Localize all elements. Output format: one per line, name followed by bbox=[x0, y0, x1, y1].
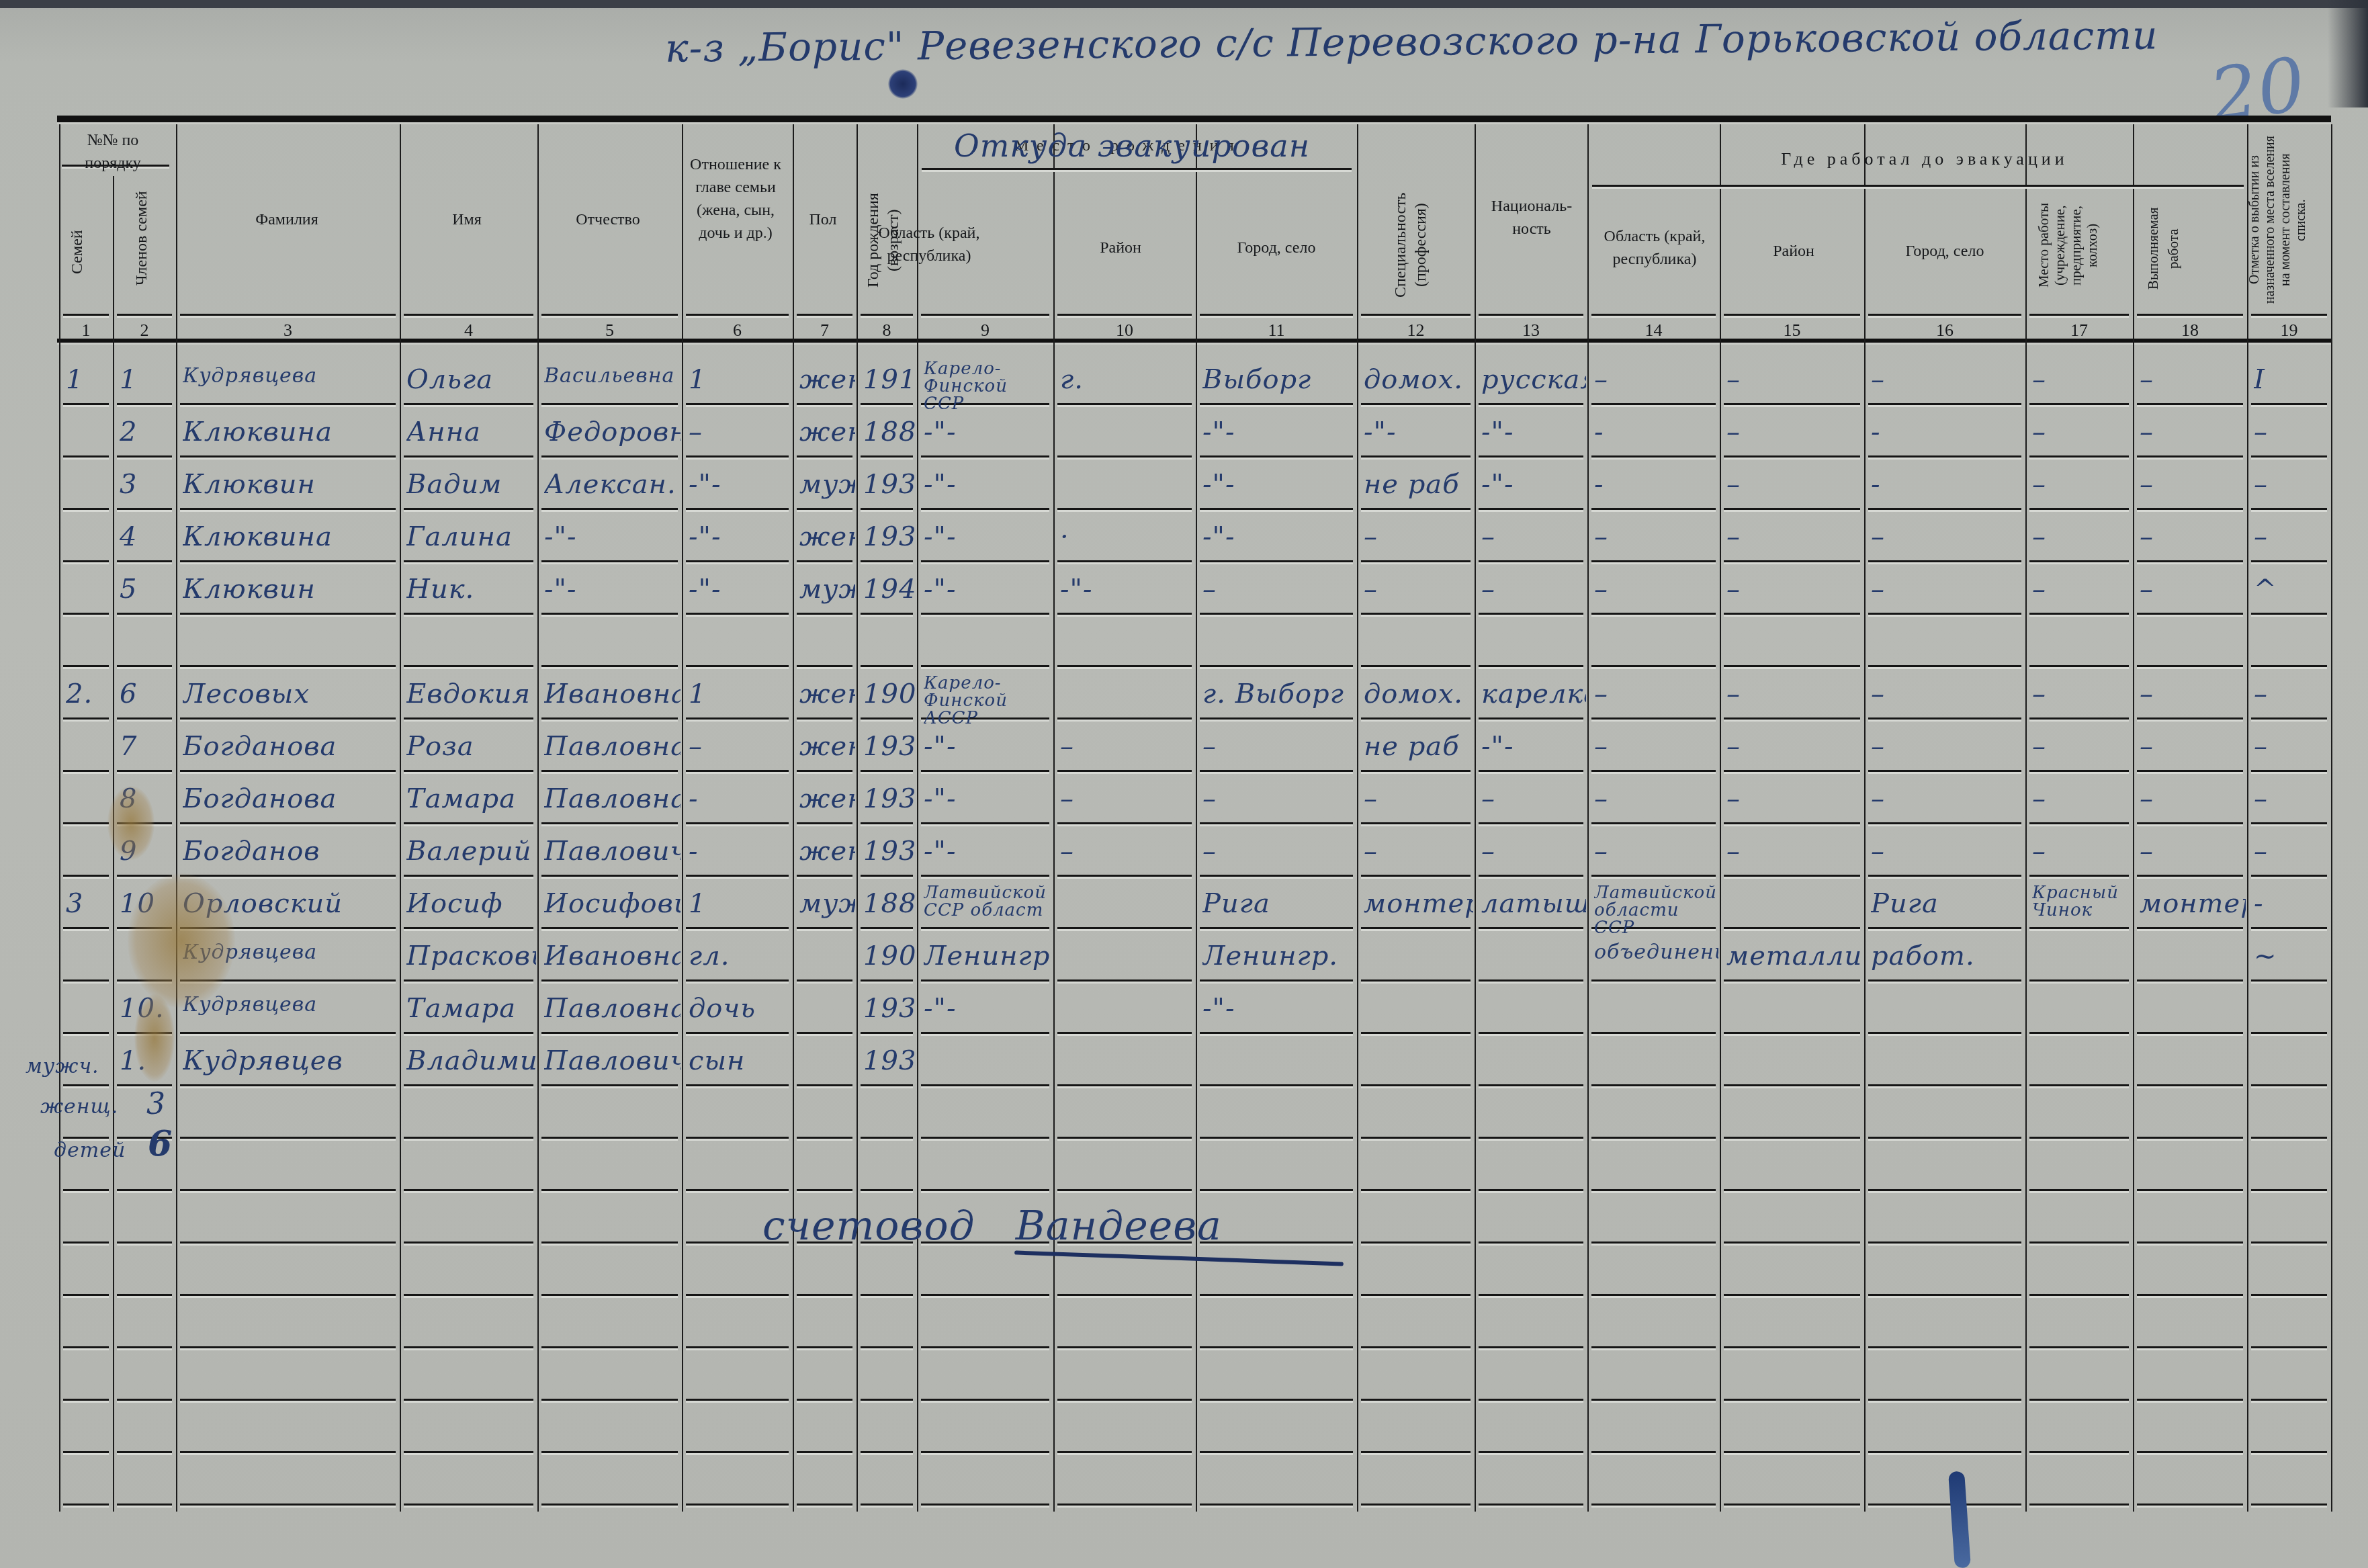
row-rule bbox=[1724, 1504, 1860, 1506]
header-patronymic: Отчество bbox=[537, 208, 678, 231]
cell-work-city: - bbox=[1871, 417, 1881, 447]
cell-patronymic: Павловна bbox=[544, 993, 681, 1024]
cell-surname: Клюквин bbox=[183, 469, 316, 500]
cell-patronymic: Васильевна bbox=[544, 364, 674, 388]
row-rule bbox=[541, 1032, 678, 1034]
cell-from-city: -"- bbox=[1202, 521, 1235, 552]
row-rule bbox=[1361, 560, 1471, 562]
row-rule bbox=[1591, 770, 1716, 772]
cell-patronymic: -"- bbox=[544, 521, 576, 552]
cell-surname: Клюквина bbox=[183, 417, 333, 447]
row-rule bbox=[686, 560, 789, 562]
row-rule bbox=[1479, 1451, 1583, 1453]
row-rule bbox=[921, 875, 1049, 877]
row-rule bbox=[1591, 1504, 1716, 1506]
cell-name: Ольга bbox=[406, 364, 493, 395]
cell-sex: жен. bbox=[799, 731, 855, 762]
column-number: 15 bbox=[1720, 320, 1864, 341]
header-subrule bbox=[180, 314, 396, 316]
row-rule bbox=[686, 927, 789, 929]
row-rule bbox=[1591, 613, 1716, 615]
row-rule bbox=[1724, 822, 1860, 824]
cell-from-region: Карело-Финской АССР bbox=[924, 674, 1052, 727]
row-rule bbox=[180, 1504, 396, 1506]
cell-work-job: – bbox=[2140, 469, 2154, 500]
row-rule bbox=[2029, 1294, 2129, 1296]
header-workplace: Место работы (учреждение, предприятие, к… bbox=[2035, 185, 2103, 306]
column-number: 5 bbox=[537, 320, 682, 341]
row-rule bbox=[2137, 508, 2243, 510]
row-rule bbox=[404, 1294, 533, 1296]
ink-stroke bbox=[1948, 1471, 1971, 1568]
row-rule bbox=[1868, 1504, 2021, 1506]
row-rule bbox=[1868, 1346, 2021, 1348]
cell-from-city: – bbox=[1202, 574, 1217, 605]
row-rule bbox=[686, 1137, 789, 1139]
cell-name: Тамара bbox=[406, 783, 516, 814]
row-rule bbox=[686, 508, 789, 510]
row-rule bbox=[404, 665, 533, 667]
row-rule bbox=[686, 1189, 789, 1191]
row-rule bbox=[1361, 770, 1471, 772]
cell-from-region: -"- bbox=[924, 417, 956, 447]
row-rule bbox=[2251, 1399, 2327, 1401]
cell-relation: -"- bbox=[689, 469, 721, 500]
margin-count-female: 3 bbox=[146, 1087, 166, 1121]
row-rule bbox=[63, 1189, 109, 1191]
cell-relation: дочь bbox=[689, 993, 756, 1024]
row-rule bbox=[63, 1504, 109, 1506]
row-rule bbox=[1200, 927, 1353, 929]
column-number: 12 bbox=[1357, 320, 1475, 341]
row-rule bbox=[1591, 1451, 1716, 1453]
cell-profession: – bbox=[1364, 521, 1378, 552]
row-rule bbox=[1200, 1032, 1353, 1034]
row-rule bbox=[1724, 717, 1860, 720]
row-rule bbox=[2251, 613, 2327, 615]
header-subrule bbox=[1591, 314, 1716, 316]
cell-work-city: – bbox=[1871, 679, 1885, 709]
cell-work-region: – bbox=[1594, 679, 1608, 709]
row-rule bbox=[2137, 875, 2243, 877]
row-rule bbox=[117, 508, 172, 510]
column-number: 6 bbox=[682, 320, 793, 341]
signature-label: счетовод bbox=[762, 1203, 975, 1250]
row-rule bbox=[1868, 717, 2021, 720]
cell-work-city: Рига bbox=[1871, 888, 1939, 919]
row-rule bbox=[404, 508, 533, 510]
row-rule bbox=[117, 1504, 172, 1506]
row-rule bbox=[1479, 455, 1583, 458]
row-rule bbox=[921, 665, 1049, 667]
cell-profession: не раб bbox=[1364, 731, 1460, 762]
row-rule bbox=[180, 1084, 396, 1086]
row-rule bbox=[861, 613, 913, 615]
row-rule bbox=[180, 403, 396, 405]
row-rule bbox=[1361, 927, 1471, 929]
row-rule bbox=[686, 1504, 789, 1506]
row-rule bbox=[2251, 1242, 2327, 1244]
margin-note-female: женщ. bbox=[40, 1095, 118, 1119]
row-rule bbox=[1200, 979, 1353, 982]
row-rule bbox=[1591, 822, 1716, 824]
row-rule bbox=[63, 1084, 109, 1086]
cell-name: Роза bbox=[406, 731, 474, 762]
row-rule bbox=[2251, 1032, 2327, 1034]
header-subrule bbox=[1057, 314, 1192, 316]
row-rule bbox=[404, 1504, 533, 1506]
header-departure-note: Отметка о выбытии из назначенного места … bbox=[2247, 131, 2328, 309]
header-subrule bbox=[921, 314, 1049, 316]
row-rule bbox=[2251, 1504, 2327, 1506]
row-rule bbox=[404, 1399, 533, 1401]
row-rule bbox=[117, 1189, 172, 1191]
header-nationality: Националь-ность bbox=[1475, 195, 1589, 241]
row-rule bbox=[180, 1137, 396, 1139]
row-rule bbox=[2029, 979, 2129, 982]
row-rule bbox=[63, 717, 109, 720]
cell-patronymic: Ивановна bbox=[544, 941, 681, 971]
row-rule bbox=[921, 1189, 1049, 1191]
cell-member: 2 bbox=[120, 417, 137, 447]
cell-year: 1913 bbox=[863, 364, 916, 395]
row-rule bbox=[404, 1032, 533, 1034]
header-subrule bbox=[404, 314, 533, 316]
row-rule bbox=[2029, 508, 2129, 510]
stain bbox=[134, 994, 175, 1082]
cell-nationality: – bbox=[1481, 836, 1495, 867]
row-rule bbox=[921, 770, 1049, 772]
row-rule bbox=[686, 455, 789, 458]
row-rule bbox=[1868, 560, 2021, 562]
row-rule bbox=[541, 717, 678, 720]
cell-from-city: г. Выборг bbox=[1202, 679, 1344, 709]
row-rule bbox=[1479, 1084, 1583, 1086]
row-rule bbox=[541, 875, 678, 877]
cell-relation: – bbox=[689, 417, 703, 447]
row-rule bbox=[1479, 613, 1583, 615]
cell-from-city: Ленингр. bbox=[1202, 941, 1338, 971]
paper-corner-shadow bbox=[2328, 0, 2368, 107]
cell-nationality: -"- bbox=[1481, 417, 1514, 447]
row-rule bbox=[180, 1242, 396, 1244]
cell-year: 1937 bbox=[863, 1045, 916, 1076]
cell-work-job: – bbox=[2140, 731, 2154, 762]
cell-sex: жен bbox=[799, 679, 855, 709]
cell-sex: жен bbox=[799, 417, 855, 447]
row-rule bbox=[1361, 875, 1471, 877]
row-rule bbox=[2137, 770, 2243, 772]
cell-name: Ник. bbox=[406, 574, 474, 605]
stain bbox=[128, 873, 235, 1008]
row-rule bbox=[2029, 1137, 2129, 1139]
row-rule bbox=[1479, 717, 1583, 720]
row-rule bbox=[1724, 770, 1860, 772]
cell-patronymic: Павлович bbox=[544, 1045, 681, 1076]
row-rule bbox=[1868, 822, 2021, 824]
row-rule bbox=[1724, 1451, 1860, 1453]
row-rule bbox=[1724, 875, 1860, 877]
row-rule bbox=[861, 1294, 913, 1296]
row-rule bbox=[1591, 1399, 1716, 1401]
row-rule bbox=[2137, 1504, 2243, 1506]
row-rule bbox=[180, 508, 396, 510]
row-rule bbox=[180, 665, 396, 667]
row-rule bbox=[180, 875, 396, 877]
row-rule bbox=[686, 875, 789, 877]
row-rule bbox=[2029, 717, 2129, 720]
column-number: 16 bbox=[1864, 320, 2025, 341]
row-rule bbox=[2137, 822, 2243, 824]
cell-from-district: г. bbox=[1060, 364, 1084, 395]
header-evacuated-from-handwritten: Откуда эвакуирован bbox=[954, 128, 1310, 164]
row-rule bbox=[2251, 770, 2327, 772]
row-rule bbox=[797, 403, 852, 405]
row-rule bbox=[2029, 875, 2129, 877]
header-birth-city: Город, село bbox=[1196, 236, 1357, 259]
row-rule bbox=[1724, 979, 1860, 982]
row-rule bbox=[1591, 1346, 1716, 1348]
row-rule bbox=[117, 1399, 172, 1401]
cell-family: 1 bbox=[66, 364, 83, 395]
cell-from-city: – bbox=[1202, 836, 1217, 867]
cell-name: Евдокия bbox=[406, 679, 531, 709]
header-profession: Специальность (профессия) bbox=[1391, 181, 1431, 309]
row-rule bbox=[2029, 822, 2129, 824]
cell-sex: муж bbox=[799, 469, 855, 500]
header-work-before-evacuation: Где работал до эвакуации bbox=[1589, 149, 2261, 169]
row-rule bbox=[797, 979, 852, 982]
cell-member: 1 bbox=[120, 364, 137, 395]
cell-from-region: -"- bbox=[924, 521, 956, 552]
row-rule bbox=[1591, 1294, 1716, 1296]
cell-from-district: – bbox=[1060, 836, 1074, 867]
row-rule bbox=[180, 717, 396, 720]
row-rule bbox=[2137, 1189, 2243, 1191]
cell-from-region: -"- bbox=[924, 469, 956, 500]
cell-note: – bbox=[2254, 469, 2268, 500]
cell-note: – bbox=[2254, 679, 2268, 709]
cell-year: 1934 bbox=[863, 731, 916, 762]
row-rule bbox=[2137, 403, 2243, 405]
cell-work-region: - bbox=[1594, 417, 1604, 447]
row-rule bbox=[1361, 665, 1471, 667]
header-subrule bbox=[63, 314, 109, 316]
cell-year: 1940 bbox=[863, 574, 916, 605]
row-rule bbox=[2029, 1346, 2129, 1348]
row-rule bbox=[797, 927, 852, 929]
row-rule bbox=[1479, 1242, 1583, 1244]
cell-from-district: – bbox=[1060, 731, 1074, 762]
row-rule bbox=[1868, 665, 2021, 667]
row-rule bbox=[1057, 717, 1192, 720]
ink-blot bbox=[888, 69, 918, 99]
cell-name: Вадим bbox=[406, 469, 502, 500]
column-number: 14 bbox=[1587, 320, 1720, 341]
row-rule bbox=[2251, 875, 2327, 877]
signature-underline bbox=[1014, 1250, 1344, 1266]
cell-profession: -"- bbox=[1364, 417, 1396, 447]
row-rule bbox=[861, 927, 913, 929]
row-rule bbox=[2029, 560, 2129, 562]
row-rule bbox=[1361, 1084, 1471, 1086]
row-rule bbox=[63, 1294, 109, 1296]
column-number: 19 bbox=[2247, 320, 2331, 341]
row-rule bbox=[180, 455, 396, 458]
cell-work-place: Красный Чинок bbox=[2032, 884, 2132, 919]
row-rule bbox=[797, 665, 852, 667]
cell-work-place: – bbox=[2032, 783, 2046, 814]
row-rule bbox=[797, 822, 852, 824]
row-rule bbox=[541, 560, 678, 562]
row-rule bbox=[541, 979, 678, 982]
cell-work-job: – bbox=[2140, 783, 2154, 814]
row-rule bbox=[63, 455, 109, 458]
row-rule bbox=[1361, 455, 1471, 458]
row-rule bbox=[1724, 403, 1860, 405]
row-rule bbox=[1868, 1032, 2021, 1034]
header-subrule bbox=[922, 168, 1352, 170]
row-rule bbox=[404, 717, 533, 720]
column-number: 2 bbox=[113, 320, 176, 341]
signature: счетовод Вандеева bbox=[762, 1203, 1222, 1250]
row-rule bbox=[1724, 665, 1860, 667]
row-rule bbox=[2029, 1242, 2129, 1244]
row-rule bbox=[180, 1451, 396, 1453]
row-rule bbox=[404, 403, 533, 405]
row-rule bbox=[1361, 1137, 1471, 1139]
row-rule bbox=[1057, 1451, 1192, 1453]
row-rule bbox=[1591, 1084, 1716, 1086]
row-rule bbox=[117, 770, 172, 772]
cell-year: 1906 bbox=[863, 679, 916, 709]
cell-from-city: -"- bbox=[1202, 417, 1235, 447]
cell-work-job: – bbox=[2140, 836, 2154, 867]
row-rule bbox=[1479, 1346, 1583, 1348]
cell-patronymic: Алексан. bbox=[544, 469, 676, 500]
row-rule bbox=[921, 1084, 1049, 1086]
cell-work-place: – bbox=[2032, 364, 2046, 395]
row-rule bbox=[2029, 770, 2129, 772]
row-rule bbox=[861, 1032, 913, 1034]
row-rule bbox=[541, 1504, 678, 1506]
row-rule bbox=[1479, 403, 1583, 405]
row-rule bbox=[797, 770, 852, 772]
cell-surname: Богданов bbox=[183, 836, 320, 867]
row-rule bbox=[1868, 1189, 2021, 1191]
cell-from-region: -"- bbox=[924, 574, 956, 605]
row-rule bbox=[2137, 1399, 2243, 1401]
cell-year: 1888 bbox=[863, 417, 916, 447]
row-rule bbox=[2137, 665, 2243, 667]
header-work-city: Город, село bbox=[1864, 240, 2025, 263]
row-rule bbox=[1057, 875, 1192, 877]
margin-count-children: 6 bbox=[148, 1123, 173, 1164]
cell-from-city: Рига bbox=[1202, 888, 1270, 919]
row-rule bbox=[2137, 1294, 2243, 1296]
row-rule bbox=[2251, 508, 2327, 510]
row-rule bbox=[1200, 717, 1353, 720]
cell-patronymic: Ивановна bbox=[544, 679, 681, 709]
row-rule bbox=[797, 1399, 852, 1401]
row-rule bbox=[797, 1504, 852, 1506]
column-number: 10 bbox=[1053, 320, 1196, 341]
column-number: 1 bbox=[59, 320, 113, 341]
row-rule bbox=[797, 560, 852, 562]
row-rule bbox=[404, 822, 533, 824]
column-number: 11 bbox=[1196, 320, 1357, 341]
row-rule bbox=[1868, 927, 2021, 929]
row-rule bbox=[1200, 560, 1353, 562]
row-rule bbox=[63, 1242, 109, 1244]
row-rule bbox=[1591, 1242, 1716, 1244]
row-rule bbox=[541, 1242, 678, 1244]
row-rule bbox=[1361, 508, 1471, 510]
row-rule bbox=[404, 1451, 533, 1453]
row-rule bbox=[180, 822, 396, 824]
row-rule bbox=[797, 1346, 852, 1348]
cell-nationality: – bbox=[1481, 574, 1495, 605]
cell-work-city: – bbox=[1871, 836, 1885, 867]
cell-work-district: – bbox=[1726, 731, 1741, 762]
cell-work-district: – bbox=[1726, 521, 1741, 552]
cell-from-region: Ленингр. bbox=[924, 941, 1052, 971]
row-rule bbox=[686, 1294, 789, 1296]
row-rule bbox=[861, 1084, 913, 1086]
row-rule bbox=[117, 665, 172, 667]
row-rule bbox=[404, 979, 533, 982]
row-rule bbox=[1361, 1451, 1471, 1453]
cell-name: Прасковья bbox=[406, 941, 536, 971]
row-rule bbox=[117, 1242, 172, 1244]
cell-family: 3 bbox=[66, 888, 83, 919]
row-rule bbox=[63, 665, 109, 667]
row-rule bbox=[541, 403, 678, 405]
cell-nationality: -"- bbox=[1481, 469, 1514, 500]
cell-member: 7 bbox=[120, 731, 137, 762]
cell-nationality: – bbox=[1481, 521, 1495, 552]
row-rule bbox=[1479, 1032, 1583, 1034]
cell-work-city: – bbox=[1871, 731, 1885, 762]
row-rule bbox=[63, 403, 109, 405]
document-title: к-з „Борис" Ревезенского с/с Перевозског… bbox=[665, 12, 2158, 71]
row-rule bbox=[2251, 560, 2327, 562]
row-rule bbox=[2029, 403, 2129, 405]
paper-top-edge bbox=[0, 0, 2368, 8]
row-rule bbox=[2251, 717, 2327, 720]
row-rule bbox=[117, 455, 172, 458]
row-rule bbox=[1361, 1504, 1471, 1506]
cell-work-district: – bbox=[1726, 783, 1741, 814]
row-rule bbox=[1479, 927, 1583, 929]
row-rule bbox=[1200, 1346, 1353, 1348]
row-rule bbox=[404, 1346, 533, 1348]
cell-relation: - bbox=[689, 836, 699, 867]
row-rule bbox=[541, 770, 678, 772]
row-rule bbox=[686, 403, 789, 405]
cell-surname: Кудрявцева bbox=[183, 364, 317, 388]
row-rule bbox=[2029, 1084, 2129, 1086]
cell-nationality: – bbox=[1481, 783, 1495, 814]
cell-from-district: · bbox=[1060, 521, 1069, 552]
row-rule bbox=[1868, 1451, 2021, 1453]
cell-work-district: металлич. bbox=[1726, 941, 1863, 971]
cell-patronymic: Иосифович bbox=[544, 888, 681, 919]
cell-note: – bbox=[2254, 417, 2268, 447]
cell-work-region: - bbox=[1594, 469, 1604, 500]
row-rule bbox=[921, 927, 1049, 929]
row-rule bbox=[1200, 1504, 1353, 1506]
